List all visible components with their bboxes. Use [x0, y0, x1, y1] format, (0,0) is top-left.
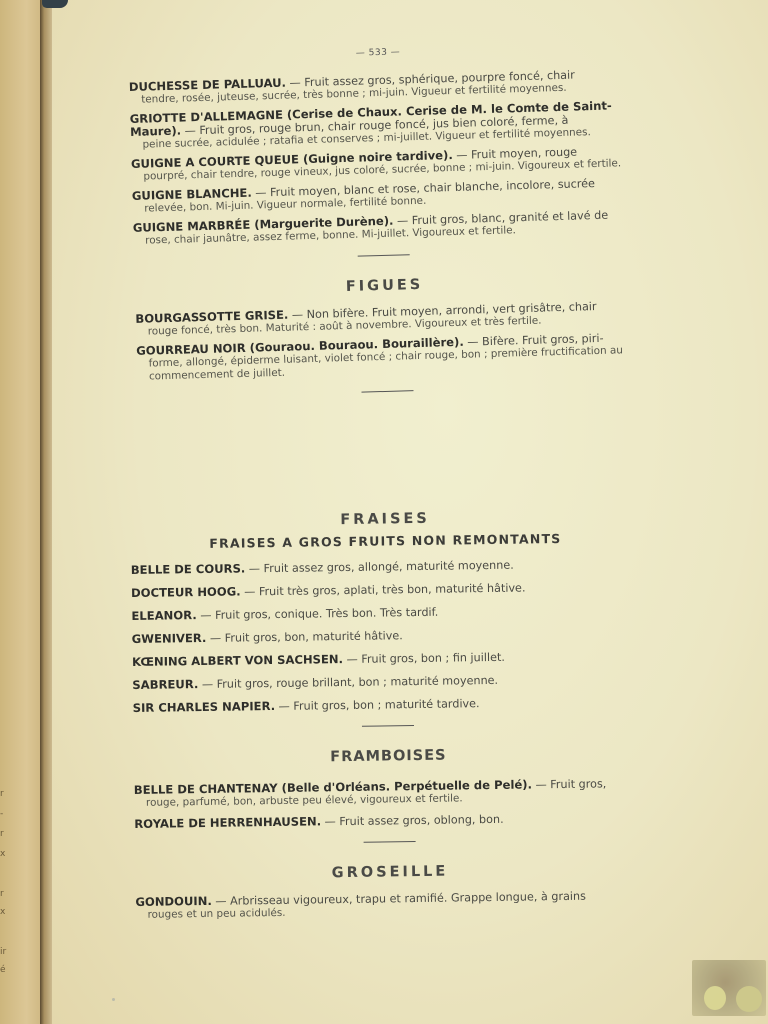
entry-gweniver: GWENIVER. — Fruit gros, bon, maturité hâ…	[132, 626, 642, 646]
torn-corner	[42, 0, 68, 8]
entry-eleanor: ELEANOR. — Fruit gros, conique. Très bon…	[131, 603, 641, 623]
page-speck	[112, 998, 115, 1001]
entry-text: — Fruit gros, bon ; fin juillet.	[343, 651, 505, 666]
entry-koening-albert-von-sachsen: KŒNING ALBERT VON SACHSEN. — Fruit gros,…	[132, 649, 642, 669]
entry-name: DOCTEUR HOOG.	[131, 584, 241, 600]
entry-text: — Fruit gros, bon ; maturité tardive.	[275, 697, 480, 713]
entry-name: GWENIVER.	[132, 631, 207, 646]
section-title-framboises: FRAMBOISES	[133, 745, 643, 768]
left-letter: x	[0, 908, 5, 917]
entry-name: KŒNING ALBERT VON SACHSEN.	[132, 652, 343, 669]
left-letter: r	[0, 890, 4, 899]
watermark-thumbnail	[692, 960, 766, 1016]
entry-name: ROYALE DE HERRENHAUSEN.	[134, 814, 321, 831]
entry-text: — Fruit gros, bon, maturité hâtive.	[206, 629, 402, 645]
entry-text: — Fruit gros, conique. Très bon. Très ta…	[197, 606, 439, 622]
entry-royale-de-herrenhausen: ROYALE DE HERRENHAUSEN. — Fruit assez gr…	[134, 811, 644, 831]
entry-gondouin: GONDOUIN. — Arbrisseau vigoureux, trapu …	[135, 889, 645, 922]
entry-text: — Fruit gros,	[532, 777, 607, 791]
entry-name: BELLE DE COURS.	[131, 561, 246, 577]
entry-sabreur: SABREUR. — Fruit gros, rouge brillant, b…	[132, 672, 642, 692]
lower-content: FRAISES FRAISES A GROS FRUITS NON REMONT…	[130, 508, 646, 928]
thumbnail-fruit-shape	[736, 986, 762, 1012]
section-title-groseille: GROSEILLE	[135, 861, 645, 884]
section-divider	[362, 725, 414, 727]
left-letter: x	[0, 850, 5, 859]
entry-text: — Fruit assez gros, oblong, bon.	[321, 813, 504, 829]
subsection-title-fraises-gros-fruits: FRAISES A GROS FRUITS NON REMONTANTS	[130, 530, 640, 552]
upper-content: — 533 — DUCHESSE DE PALLUAU. — Fruit ass…	[128, 41, 637, 399]
entry-docteur-hoog: DOCTEUR HOOG. — Fruit très gros, aplati,…	[131, 580, 641, 600]
entry-sir-charles-napier: SIR CHARLES NAPIER. — Fruit gros, bon ; …	[133, 695, 643, 715]
section-title-figues: FIGUES	[134, 271, 634, 301]
left-letter: r	[0, 830, 4, 839]
left-page-edge: r - r x r x ir é	[0, 0, 44, 1024]
left-letter: ir	[0, 948, 6, 957]
entry-belle-de-chantenay: BELLE DE CHANTENAY (Belle d'Orléans. Per…	[134, 777, 644, 810]
thumbnail-fruit-shape	[704, 986, 726, 1010]
left-letter: -	[0, 810, 3, 819]
section-divider	[364, 841, 416, 843]
entry-text: — Fruit gros, rouge brillant, bon ; matu…	[198, 674, 498, 691]
section-divider	[358, 254, 410, 256]
entry-name: GONDOUIN.	[135, 894, 212, 909]
entry-name: SABREUR.	[132, 677, 198, 692]
entry-text: — Fruit très gros, aplati, très bon, mat…	[241, 581, 526, 598]
entry-name: ELEANOR.	[131, 608, 197, 623]
left-letter: é	[0, 966, 6, 975]
entry-gourreau-noir: GOURREAU NOIR (Gouraou. Bouraou. Bourail…	[136, 331, 637, 384]
entry-belle-de-cours: BELLE DE COURS. — Fruit assez gros, allo…	[131, 557, 641, 577]
entry-griotte-d-allemagne: GRIOTTE D'ALLEMAGNE (Cerise de Chaux. Ce…	[130, 99, 631, 152]
entry-name: SIR CHARLES NAPIER.	[133, 699, 276, 715]
entry-text: — Fruit assez gros, allongé, maturité mo…	[245, 559, 514, 576]
left-letter: r	[0, 790, 4, 799]
entry-guigne-marbree: GUIGNE MARBRÉE (Marguerite Durène). — Fr…	[133, 208, 634, 248]
